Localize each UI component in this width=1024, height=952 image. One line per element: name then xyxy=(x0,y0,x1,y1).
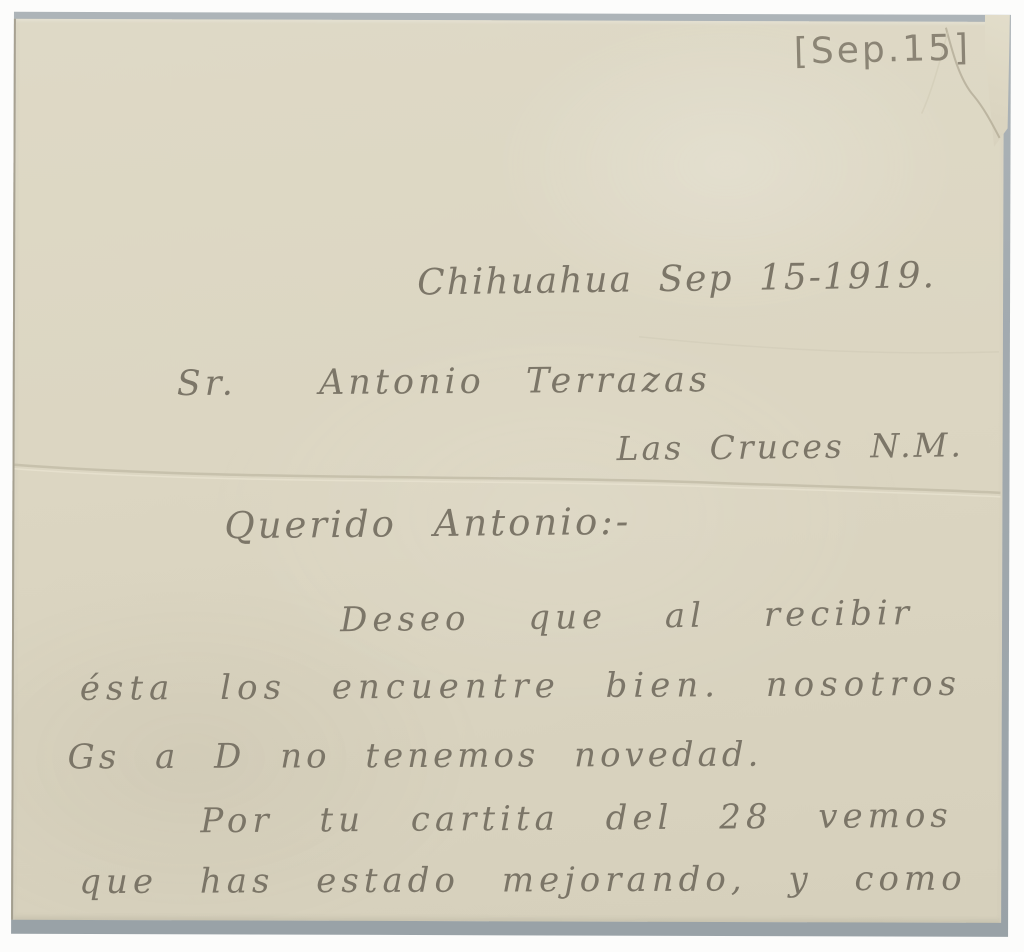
recipient-name-line: Sr. Antonio Terrazas xyxy=(177,360,711,404)
dateline: Chihuahua Sep 15-1919. xyxy=(417,255,936,303)
salutation-line: Querido Antonio:- xyxy=(224,500,631,547)
archival-date-annotation: [Sep.15] xyxy=(793,27,971,72)
body-line: ésta los encuentre bien. nosotros xyxy=(80,664,962,709)
letter-paper xyxy=(11,19,1004,923)
body-line: Deseo que al recibir xyxy=(340,593,914,640)
body-line: que has estado mejorando, y como xyxy=(79,859,967,902)
body-line: Gs a D no tenemos novedad. xyxy=(68,735,763,778)
scanned-letter: [Sep.15] Chihuahua Sep 15-1919. Sr. Anto… xyxy=(0,0,1024,952)
recipient-place-line: Las Cruces N.M. xyxy=(616,425,964,468)
body-line: Por tu cartita del 28 vemos xyxy=(200,796,953,842)
